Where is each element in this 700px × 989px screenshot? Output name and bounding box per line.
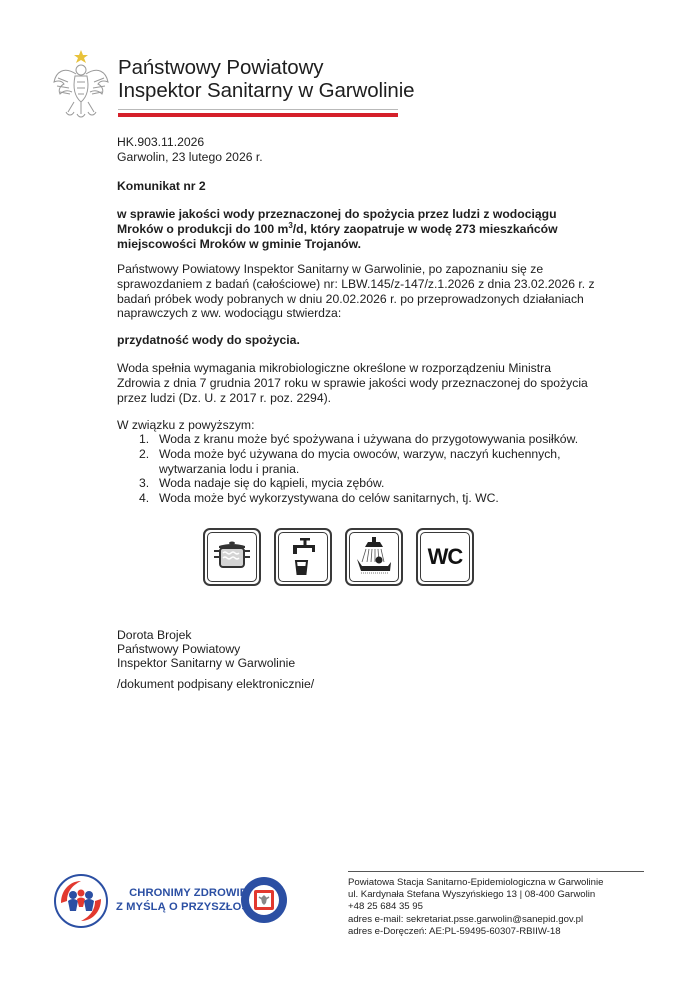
- tap-water-glass-icon: [283, 535, 323, 580]
- document-subject: w sprawie jakości wody przeznaczonej do …: [117, 207, 597, 251]
- list-item-number: 1.: [139, 432, 149, 447]
- list-item: 3.Woda nadaje się do kąpieli, mycia zębó…: [117, 476, 597, 491]
- pictogram-cooking: [203, 528, 261, 586]
- chronimy-zdrowie-logo-icon: [53, 873, 109, 929]
- list-item-text: Woda może być wykorzystywana do celów sa…: [159, 491, 499, 505]
- list-item: 2.Woda może być używana do mycia owoców,…: [117, 447, 597, 477]
- footer-e-delivery-address: adres e-Doręczeń: AE:PL-59495-60307-RBII…: [348, 926, 603, 938]
- recommendations-list: 1.Woda z kranu może być spożywana i używ…: [117, 432, 597, 506]
- header-divider-red: [118, 113, 398, 117]
- list-item-number: 2.: [139, 447, 149, 462]
- footer-contact-block: Powiatowa Stacja Sanitarno-Epidemiologic…: [348, 877, 603, 938]
- shower-bath-icon: [353, 534, 395, 581]
- signatory-name: Dorota Brojek: [117, 628, 192, 643]
- cooking-pot-icon: [212, 537, 252, 578]
- list-item-text: Woda z kranu może być spożywana i używan…: [159, 432, 578, 446]
- footer-email: adres e-mail: sekretariat.psse.garwolin@…: [348, 914, 603, 926]
- list-item: 4.Woda może być wykorzystywana do celów …: [117, 491, 597, 506]
- electronic-signature-note: /dokument podpisany elektronicznie/: [117, 677, 314, 692]
- slogan-line1: CHRONIMY ZDROWIE: [116, 886, 260, 900]
- place-and-date: Garwolin, 23 lutego 2026 r.: [117, 150, 263, 165]
- paragraph-findings-intro: Państwowy Powiatowy Inspektor Sanitarny …: [117, 262, 597, 321]
- list-item-number: 4.: [139, 491, 149, 506]
- signatory-role-line1: Państwowy Powiatowy: [117, 642, 240, 657]
- wc-icon: WC: [428, 544, 463, 570]
- paragraph-requirements: Woda spełnia wymagania mikrobiologiczne …: [117, 361, 597, 405]
- document-reference: HK.903.11.2026: [117, 135, 204, 150]
- organization-title-line2: Inspektor Sanitarny w Garwolinie: [118, 79, 414, 102]
- document-title: Komunikat nr 2: [117, 179, 206, 194]
- footer-institution-name: Powiatowa Stacja Sanitarno-Epidemiologic…: [348, 877, 603, 889]
- slogan-line2: Z MYŚLĄ O PRZYSZŁOŚCI: [116, 900, 260, 914]
- pictogram-wc: WC: [416, 528, 474, 586]
- organization-title-line1: Państwowy Powiatowy: [118, 56, 414, 79]
- panstwowa-inspekcja-sanitarna-logo-icon: [240, 876, 288, 924]
- list-lead: W związku z powyższym:: [117, 418, 254, 433]
- usage-pictograms: WC: [203, 528, 474, 586]
- pictogram-bathing: [345, 528, 403, 586]
- list-item-text: Woda nadaje się do kąpieli, mycia zębów.: [159, 476, 384, 490]
- header-divider-thin: [118, 109, 398, 110]
- pictogram-drinking: [274, 528, 332, 586]
- footer-phone: +48 25 684 35 95: [348, 901, 603, 913]
- organization-title: Państwowy Powiatowy Inspektor Sanitarny …: [118, 56, 414, 102]
- signatory-role-line2: Inspektor Sanitarny w Garwolinie: [117, 656, 295, 671]
- footer-divider: [348, 871, 644, 872]
- polish-eagle-emblem-icon: [50, 48, 112, 120]
- footer-address: ul. Kardynała Stefana Wyszyńskiego 13 | …: [348, 889, 603, 901]
- list-item: 1.Woda z kranu może być spożywana i używ…: [117, 432, 597, 447]
- finding-statement: przydatność wody do spożycia.: [117, 333, 300, 348]
- list-item-number: 3.: [139, 476, 149, 491]
- list-item-text: Woda może być używana do mycia owoców, w…: [159, 447, 560, 476]
- footer-slogan: CHRONIMY ZDROWIE Z MYŚLĄ O PRZYSZŁOŚCI: [116, 886, 260, 914]
